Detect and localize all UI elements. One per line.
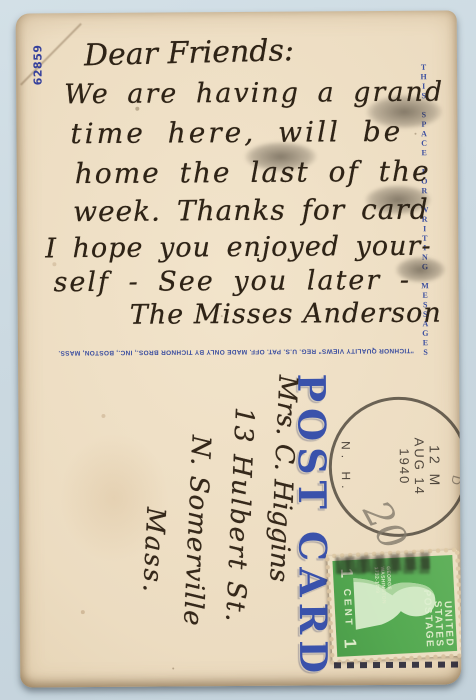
postmark-time: 12 M: [426, 400, 442, 534]
postcard: 62859 THIS SPACE FOR WRITING MESSAGES De…: [16, 10, 462, 687]
message-line: Dear Friends:: [84, 29, 457, 73]
scan-background: 62859 THIS SPACE FOR WRITING MESSAGES De…: [0, 0, 476, 700]
postmark-town-partial: D: [448, 474, 461, 487]
address-side: D 12 M AUG 14 1940 N. H. 20 POSTCARD Mrs…: [18, 352, 460, 680]
paper-specks: [16, 14, 18, 16]
stamp-cent-word: CENT: [341, 588, 354, 628]
cancellation-smear: [335, 558, 429, 575]
address-state: Mass.: [129, 506, 176, 625]
stamp-numeral: 1: [341, 638, 358, 648]
handwritten-message: Dear Friends: We are having a grand time…: [40, 32, 458, 331]
postmark-date: AUG 14: [411, 400, 427, 534]
cancellation-bars: [330, 661, 458, 668]
postmark-state: N. H.: [338, 400, 353, 534]
address-city: N. Somerville: [171, 434, 222, 627]
message-signature: The Misses Anderson: [130, 297, 458, 330]
message-line: I hope you enjoyed your-: [45, 230, 457, 264]
handwritten-address: Mrs. C. Higgins 13 Hulbert St. N. Somerv…: [129, 356, 309, 631]
washington-portrait: [351, 566, 440, 638]
